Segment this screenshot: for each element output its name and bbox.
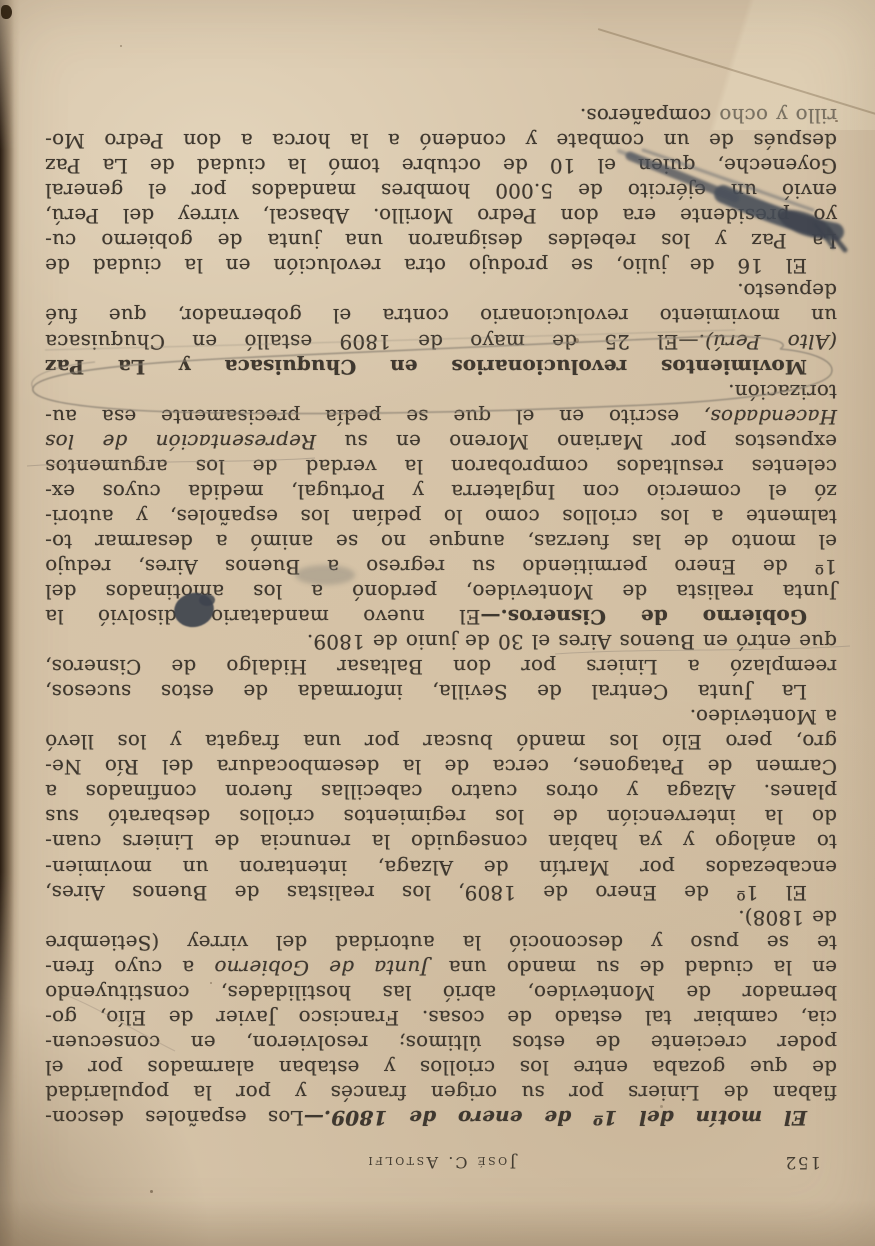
text-line: fiaban de Liniers por su origen francés … — [45, 1080, 837, 1105]
running-title: José C. Astolfi — [45, 1153, 837, 1172]
text-line: el monto de las fuerzas, aunque no se an… — [45, 529, 837, 554]
text-line: poder creciente de estos últimos; resolv… — [45, 1030, 837, 1055]
text-line: zó el comercio con Inglaterra y Portugal… — [45, 479, 837, 504]
book-page-scan: { "document": { "page_number": "152", "r… — [0, 0, 875, 1246]
text-line: rillo y ocho compañeros. — [45, 103, 837, 128]
text-line: un movimiento revolucionario contra el g… — [45, 303, 837, 328]
text-line: reemplazó a Liniers por don Baltasar Hid… — [45, 654, 837, 679]
text-line: Junta realista de Montevideo, perdonó a … — [45, 579, 837, 604]
text-line: La Paz y los rebeldes designaron una jun… — [45, 228, 837, 253]
text-line: yo presidente era don Pedro Morillo. Aba… — [45, 203, 837, 228]
text-line: torización. — [45, 379, 837, 404]
text-line: talmente a los criollos como lo pedían l… — [45, 504, 837, 529]
text-line: 1º de Enero permitiendo su regreso a Bue… — [45, 554, 837, 579]
text-line: de 1808). — [45, 905, 837, 930]
text-line: bernador de Montevideo, abrió las hostil… — [45, 980, 837, 1005]
text-line: celentes resultados comprobaron la verda… — [45, 454, 837, 479]
text-line: gro, pero Elío los mandó buscar por una … — [45, 729, 837, 754]
text-line: expuestos por Mariano Moreno en su Repre… — [45, 429, 837, 454]
text-line: do la intervención de los regimientos cr… — [45, 804, 837, 829]
text-line: cia, cambiar tal estado de cosas. Franci… — [45, 1005, 837, 1030]
text-line: El motín del 1º de enero de 1809.—Los es… — [45, 1105, 837, 1130]
text-line: Carmen de Patagones, cerca de la desembo… — [45, 754, 837, 779]
text-line: depuesto. — [45, 278, 837, 303]
text-line: La Junta Central de Sevilla, informada d… — [45, 679, 837, 704]
text-line: El 16 de julio, se produjo otra revoluci… — [45, 253, 837, 278]
text-line: Gobierno de Cisneros.—El nuevo mandatari… — [45, 604, 837, 629]
text-line: después de un combate y condenó a la hor… — [45, 128, 837, 153]
text-line: encabezados por Martín de Alzaga, intent… — [45, 854, 837, 879]
text-line: to análogo y ya habían conseguido la ren… — [45, 829, 837, 854]
text-line: Hacendados, escrito en el que se pedía p… — [45, 404, 837, 429]
text-line: en la ciudad de su mando una Junta de Go… — [45, 955, 837, 980]
text-line: El 1º de Enero de 1809, los realistas de… — [45, 880, 837, 905]
page-text: El motín del 1º de enero de 1809.—Los es… — [45, 103, 837, 1130]
text-line: Movimientos revolucionarios en Chuquisac… — [45, 354, 837, 379]
text-line: envió un ejército de 5.000 hombres manda… — [45, 178, 837, 203]
text-line: te se puso y desconoció la autoridad del… — [45, 930, 837, 955]
text-line: Goyeneche, quien el 10 de octubre tomó l… — [45, 153, 837, 178]
text-line: (Alto Perú).—El 25 de mayo de 1809 estal… — [45, 329, 837, 354]
text-line: a Montevideo. — [45, 704, 837, 729]
text-line: de que gozaba entre los criollos y estab… — [45, 1055, 837, 1080]
text-line: que entró en Buenos Aires el 30 de junio… — [45, 629, 837, 654]
page-header: 152 José C. Astolfi — [45, 1150, 837, 1174]
text-line: planes. Alzaga y otros cuatro cabecillas… — [45, 779, 837, 804]
page-content: 152 José C. Astolfi El motín del 1º de e… — [0, 0, 875, 1246]
